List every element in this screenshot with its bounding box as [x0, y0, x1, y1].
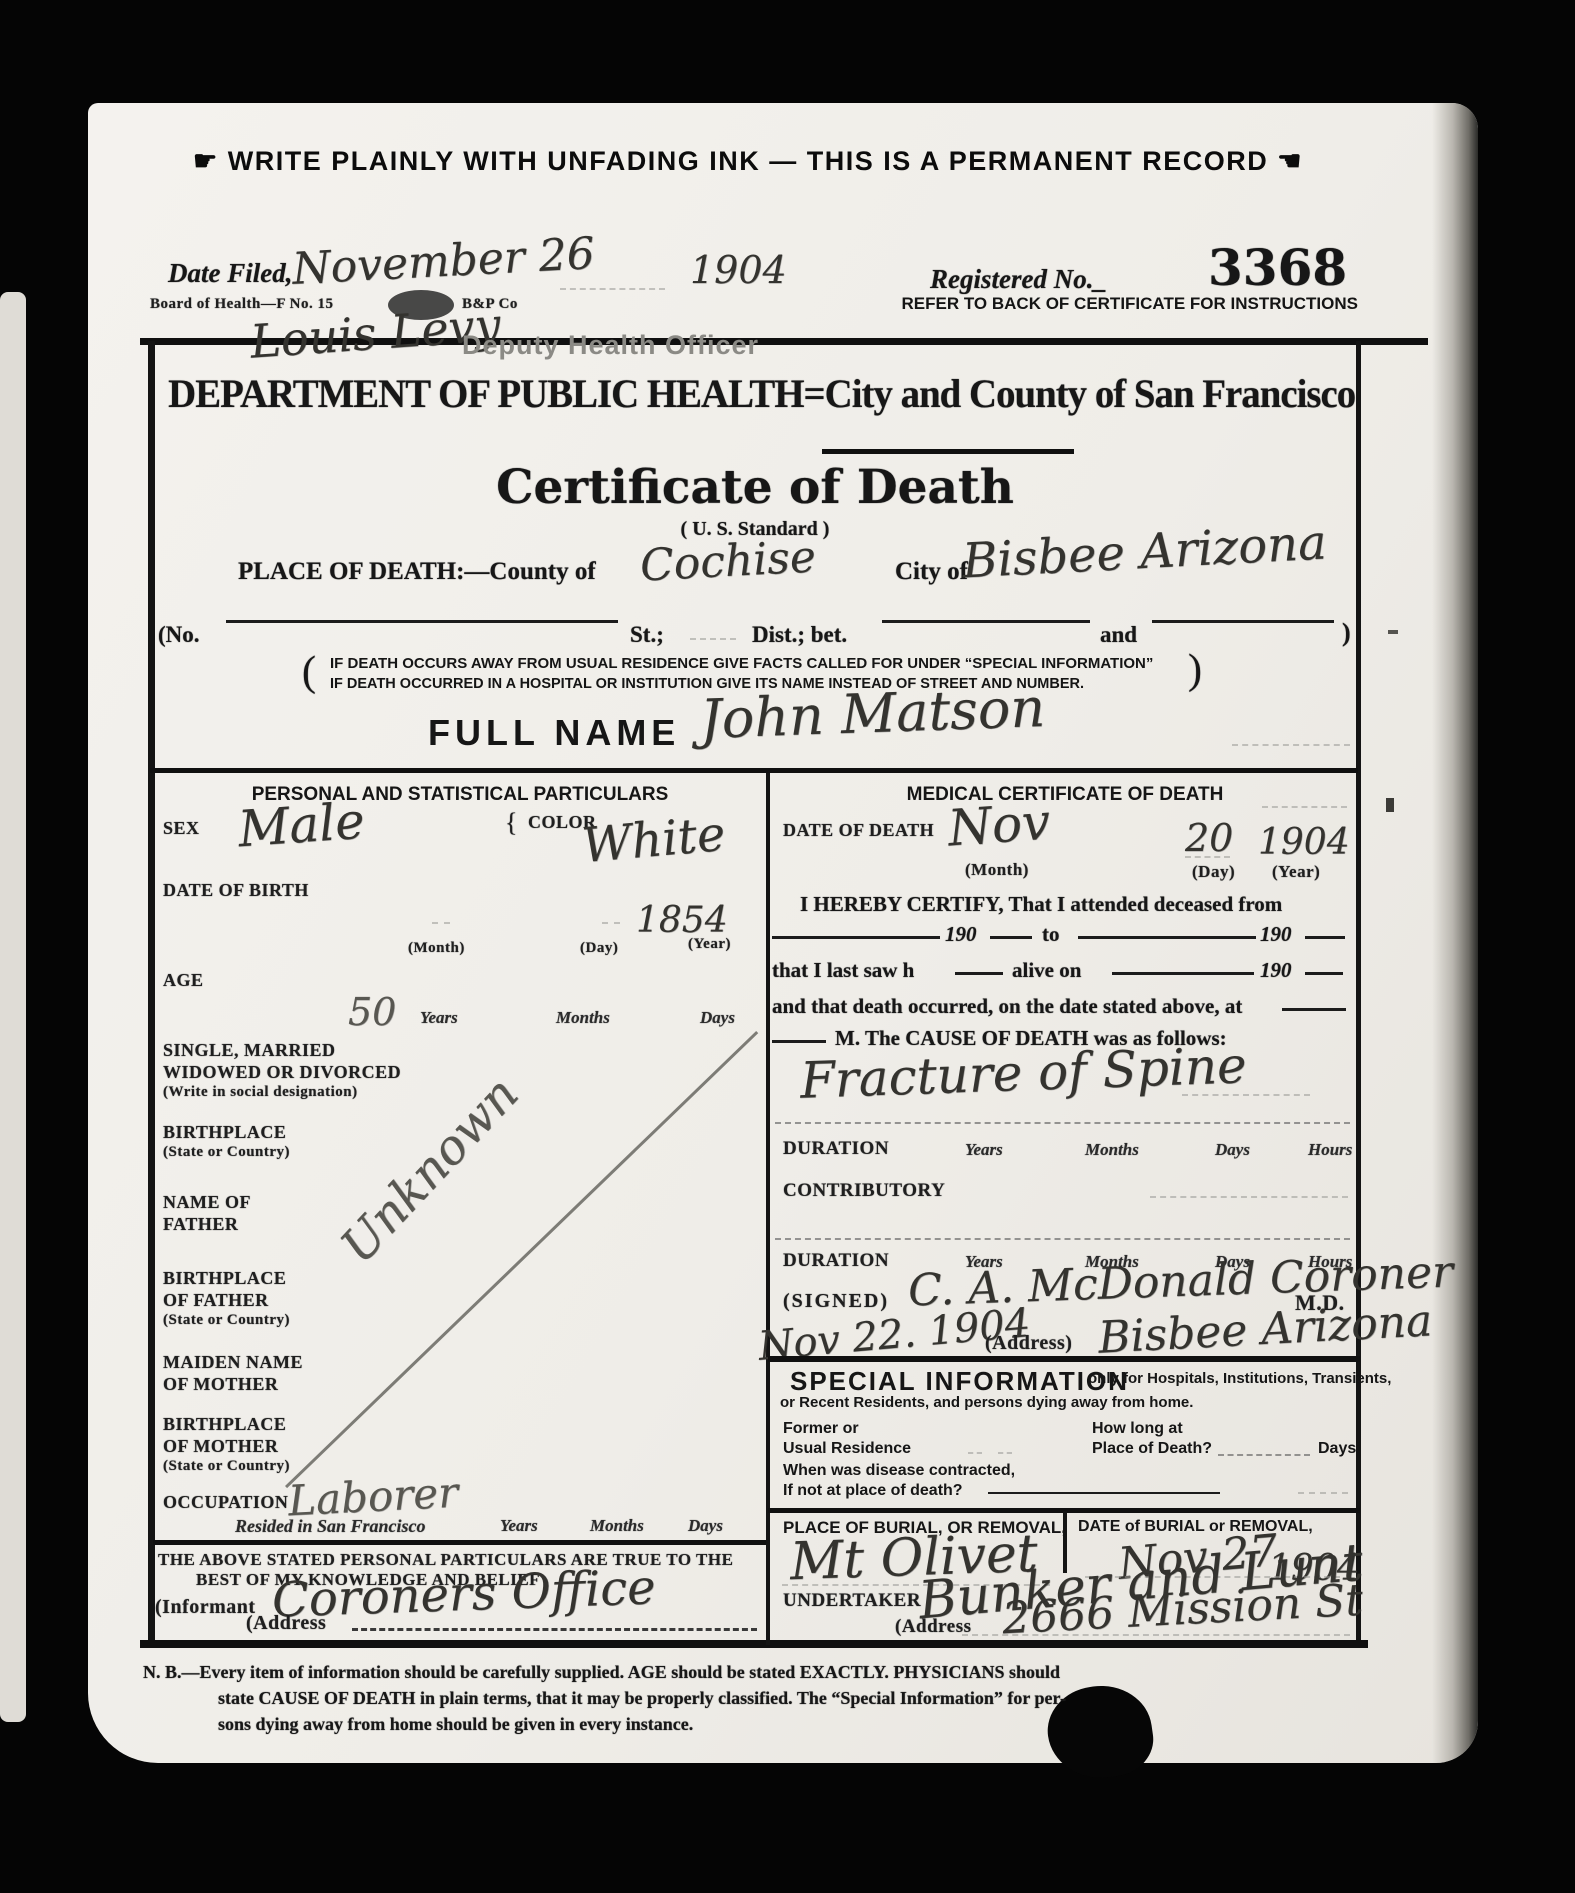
blank-line: [1232, 744, 1350, 746]
marital-label-3: (Write in social designation): [163, 1084, 358, 1101]
mother-bp-label-3: (State or Country): [163, 1458, 290, 1475]
undertaker-address-line: [962, 1634, 1350, 1636]
dod-day-value: 20: [1185, 816, 1233, 860]
title-divider: [822, 449, 1074, 454]
duration-label: DURATION: [783, 1138, 889, 1160]
y190-b: 190: [1260, 922, 1292, 947]
duration2-label: DURATION: [783, 1250, 889, 1272]
certify-line: I HEREBY CERTIFY, That I attended deceas…: [800, 892, 1282, 917]
scan-edge-artifact: [0, 292, 26, 1722]
mother-bp-label-1: BIRTHPLACE: [163, 1414, 286, 1435]
from-line: [772, 936, 940, 939]
date-filed-label: Date Filed,: [168, 258, 292, 289]
special-header-rest-1: only for Hospitals, Institutions, Transi…: [1088, 1370, 1391, 1387]
blank-mark: [602, 922, 620, 924]
blank-mark: [1262, 806, 1347, 808]
big-paren-open: (: [302, 648, 316, 696]
footer-note-line-3: sons dying away from home should be give…: [218, 1714, 693, 1735]
death-occurred-line: and that death occurred, on the date sta…: [772, 994, 1242, 1019]
blank-mark: [1298, 1492, 1348, 1494]
dod-day-label: (Day): [1192, 862, 1235, 882]
footer-note-line-1: N. B.—Every item of information should b…: [143, 1662, 1060, 1683]
full-name-value: John Matson: [699, 676, 1046, 751]
residence-note-1: IF DEATH OCCURS AWAY FROM USUAL RESIDENC…: [330, 655, 1153, 672]
dod-month-value: Nov: [946, 793, 1052, 858]
resided-label: Resided in San Francisco: [235, 1516, 426, 1537]
year-blank-c: [1305, 972, 1343, 975]
resided-years-label: Years: [500, 1516, 538, 1536]
special-header-rest-2: or Recent Residents, and persons dying a…: [780, 1394, 1193, 1411]
undertaker-address-label: (Address: [895, 1616, 972, 1638]
dob-year-label: (Year): [688, 936, 731, 953]
full-name-label: FULL NAME: [428, 712, 680, 754]
m-blank: [772, 1040, 826, 1043]
blank-mark: [1182, 1094, 1310, 1096]
mother-label-2: OF MOTHER: [163, 1374, 278, 1395]
contracted-line: [988, 1492, 1220, 1494]
special-rule: [768, 1356, 1360, 1362]
blank-mark: [1185, 856, 1230, 858]
banner-line: ☛ WRITE PLAINLY WITH UNFADING INK — THIS…: [88, 146, 1408, 177]
sex-label: SEX: [163, 818, 200, 839]
dod-month-label: (Month): [965, 860, 1029, 880]
year-blank-b: [1305, 936, 1345, 939]
duration-hours-label: Hours: [1308, 1140, 1352, 1160]
howlong-line: [1218, 1454, 1310, 1456]
pointing-hand-right-icon: ☛: [193, 146, 219, 176]
close-paren: ): [1342, 618, 1351, 648]
year-blank-a: [990, 936, 1032, 939]
age-months-label: Months: [556, 1008, 610, 1028]
duration-days-label: Days: [1215, 1140, 1250, 1160]
father-bp-label-2: OF FATHER: [163, 1290, 269, 1311]
contributory-line: [1150, 1196, 1348, 1198]
blank-line: [560, 288, 665, 290]
y190-c: 190: [1260, 958, 1292, 983]
contributory-label: CONTRIBUTORY: [783, 1180, 945, 1202]
marital-label-1: SINGLE, MARRIED: [163, 1040, 336, 1061]
age-years-label: Years: [420, 1008, 458, 1028]
birthplace-label: BIRTHPLACE: [163, 1122, 286, 1143]
banner-text: WRITE PLAINLY WITH UNFADING INK — THIS I…: [228, 146, 1269, 176]
informant-address-line: [352, 1628, 757, 1631]
book-page-edge: [1432, 103, 1478, 1763]
county-value: Cochise: [639, 531, 817, 591]
father-bp-label-3: (State or Country): [163, 1312, 290, 1329]
bottom-rule: [140, 1640, 1368, 1648]
refer-note: REFER TO BACK OF CERTIFICATE FOR INSTRUC…: [700, 294, 1358, 314]
special-header: SPECIAL INFORMATION: [790, 1366, 1129, 1397]
alive-line: [1112, 972, 1254, 975]
registered-no-value: 3368: [1208, 238, 1347, 297]
cause-dotted-line: [775, 1122, 1350, 1124]
informant-address-label: (Address: [246, 1612, 326, 1635]
color-brace: {: [505, 808, 518, 838]
age-label: AGE: [163, 970, 204, 991]
h-blank: [955, 972, 1003, 975]
st-label: St.;: [630, 622, 664, 648]
city-label: City of: [895, 558, 968, 586]
former-residence-label-1: Former or: [783, 1420, 859, 1438]
dob-year-value: 1854: [636, 900, 728, 941]
margin-mark: [1388, 630, 1398, 634]
pointing-hand-left-icon: ☚: [1277, 146, 1303, 176]
blank-mark: [998, 1452, 1012, 1454]
y190-a: 190: [945, 922, 977, 947]
officer-title-stamp: Deputy Health Officer: [462, 330, 759, 361]
scanned-death-certificate: ☛ WRITE PLAINLY WITH UNFADING INK — THIS…: [0, 0, 1575, 1893]
dist-label: Dist.; bet.: [752, 622, 847, 648]
to-label: to: [1042, 922, 1060, 947]
duration-years-label: Years: [965, 1140, 1003, 1160]
dod-year-label: (Year): [1272, 862, 1320, 882]
howlong-label-2: Place of Death?: [1092, 1440, 1212, 1458]
at-line: [1282, 1008, 1346, 1011]
alive-on-label: alive on: [1012, 958, 1081, 983]
contracted-label-1: When was disease contracted,: [783, 1462, 1015, 1480]
howlong-days-label: Days: [1318, 1440, 1356, 1458]
father-label-2: FATHER: [163, 1214, 238, 1235]
and-label: and: [1100, 622, 1137, 648]
occupation-label: OCCUPATION: [163, 1492, 288, 1513]
duration-months-label: Months: [1085, 1140, 1139, 1160]
age-value: 50: [348, 990, 396, 1034]
resided-days-label: Days: [688, 1516, 723, 1536]
contracted-label-2: If not at place of death?: [783, 1482, 963, 1500]
mother-label-1: MAIDEN NAME: [163, 1352, 303, 1373]
signed-label: (SIGNED): [783, 1290, 889, 1313]
dob-day-label: (Day): [580, 940, 618, 957]
marital-label-2: WIDOWED OR DIVORCED: [163, 1062, 401, 1083]
birthplace-sub: (State or Country): [163, 1144, 290, 1161]
dod-label: DATE OF DEATH: [783, 820, 934, 841]
blank-mark: [432, 922, 450, 924]
dob-month-label: (Month): [408, 940, 465, 957]
father-bp-label-1: BIRTHPLACE: [163, 1268, 286, 1289]
street-line: [226, 620, 618, 623]
undertaker-label: UNDERTAKER: [783, 1590, 921, 1612]
contributory-dotted-line: [775, 1238, 1350, 1240]
and-line: [1152, 620, 1334, 623]
blank-line: [690, 638, 736, 640]
former-residence-label-2: Usual Residence: [783, 1440, 911, 1458]
blank-mark: [968, 1452, 982, 1454]
margin-mark: [1386, 798, 1394, 812]
dob-label: DATE OF BIRTH: [163, 880, 309, 901]
footer-note-line-2: state CAUSE OF DEATH in plain terms, tha…: [218, 1688, 1066, 1709]
column-divider: [766, 772, 770, 1645]
place-of-death-label: PLACE OF DEATH:—County of: [238, 558, 596, 586]
registered-no-label: Registered No._: [930, 264, 1107, 295]
age-days-label: Days: [700, 1008, 735, 1028]
mother-bp-label-2: OF MOTHER: [163, 1436, 278, 1457]
father-label-1: NAME OF: [163, 1192, 251, 1213]
last-saw-label: that I last saw h: [772, 958, 914, 983]
big-paren-close: ): [1188, 646, 1202, 694]
department-title: DEPARTMENT OF PUBLIC HEALTH=City and Cou…: [168, 370, 1342, 417]
dod-year-value: 1904: [1258, 822, 1350, 863]
to-line: [1078, 936, 1256, 939]
fullname-rule: [150, 768, 1358, 773]
date-filed-year: 1904: [690, 248, 787, 292]
resided-months-label: Months: [590, 1516, 644, 1536]
medical-header: MEDICAL CERTIFICATE OF DEATH: [780, 784, 1350, 806]
sex-value: Male: [236, 792, 366, 859]
between-line: [882, 620, 1090, 623]
certificate-title: Certificate of Death: [150, 460, 1360, 515]
signed-address-label: (Address): [985, 1332, 1072, 1355]
informant-label: (Informant: [155, 1596, 256, 1619]
no-label: (No.: [158, 622, 200, 648]
howlong-label-1: How long at: [1092, 1420, 1183, 1438]
attest-rule: [153, 1540, 766, 1545]
